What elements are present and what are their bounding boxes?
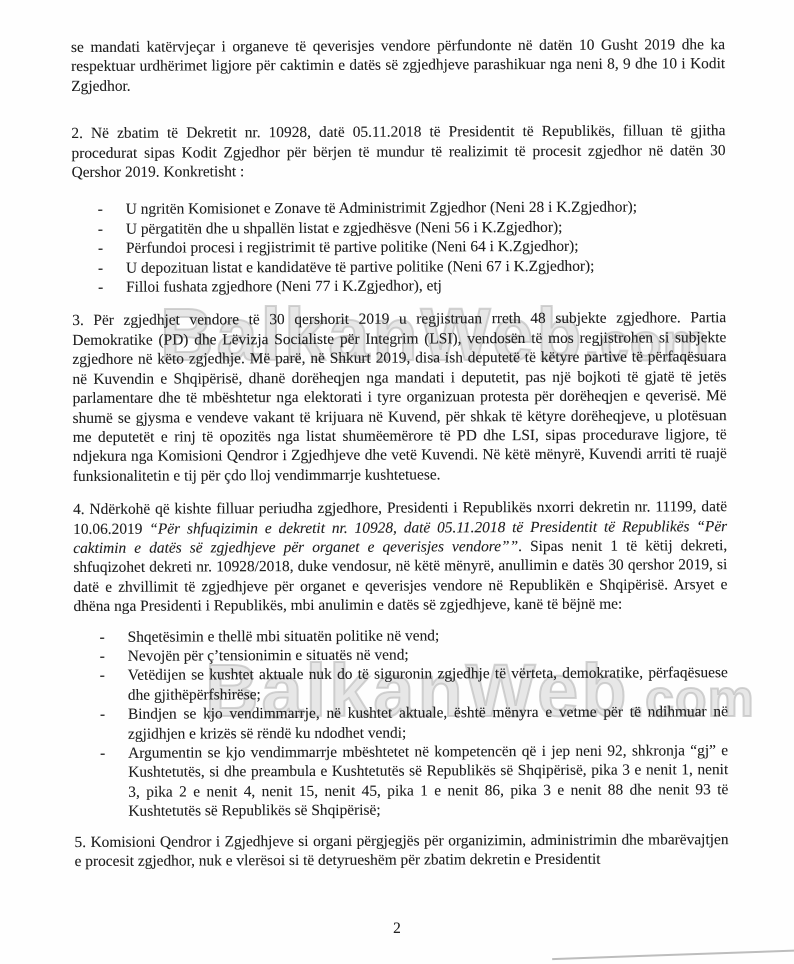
- document-content: se mandati katërvjeçar i organeve të qev…: [71, 35, 729, 871]
- list-item: - Argumentin se kjo vendimmarrje mbështe…: [100, 741, 728, 821]
- list-item: - Shqetësimin e thellë mbi situatën poli…: [100, 625, 728, 647]
- list-item: - U depozituan listat e kandidatëve të p…: [98, 256, 726, 278]
- paragraph-2: 2. Në zbatim të Dekretit nr. 10928, datë…: [71, 121, 725, 182]
- dash-marker: -: [100, 705, 128, 725]
- list-item-text: U përgatitën dhe u shpallën listat e zgj…: [126, 217, 726, 239]
- paragraph-3: 3. Për zgjedhjet vendore të 30 qershorit…: [72, 309, 727, 487]
- list-item-text: Nevojën për ç’tensionimin e situatës në …: [128, 644, 728, 666]
- list-item-text: Shqetësimin e thellë mbi situatën politi…: [128, 625, 728, 647]
- dash-marker: -: [98, 200, 126, 220]
- dash-marker: -: [100, 627, 128, 647]
- paragraph-intro: se mandati katërvjeçar i organeve të qev…: [71, 35, 725, 96]
- list-item: - Vetëdijen se kushtet aktuale nuk do të…: [100, 664, 728, 706]
- list-election-procedures: - U ngritën Komisionet e Zonave të Admin…: [98, 198, 726, 298]
- list-item: - Filloi fushata zgjedhore (Neni 77 i K.…: [98, 275, 726, 297]
- list-item-text: Bindjen se kjo vendimmarrje, në kushtet …: [128, 702, 728, 743]
- dash-marker: -: [98, 278, 126, 298]
- dash-marker: -: [100, 647, 128, 667]
- list-item: - Nevojën për ç’tensionimin e situatës n…: [100, 644, 728, 666]
- document-page: BalkanWeb.com BalkanWeb.com se mandati k…: [0, 0, 794, 964]
- dash-marker: -: [98, 220, 126, 240]
- list-item-text: Filloi fushata zgjedhore (Neni 77 i K.Zg…: [126, 275, 726, 297]
- list-item-text: U depozituan listat e kandidatëve të par…: [126, 256, 726, 278]
- paragraph-5: 5. Komisioni Qendror i Zgjedhjeve si org…: [74, 830, 728, 872]
- dash-marker: -: [100, 744, 128, 764]
- list-item-text: U ngritën Komisionet e Zonave të Adminis…: [126, 198, 726, 220]
- list-decree-reasons: - Shqetësimin e thellë mbi situatën poli…: [100, 625, 729, 822]
- list-item-text: Vetëdijen se kushtet aktuale nuk do të s…: [128, 664, 728, 705]
- dash-marker: -: [100, 666, 128, 686]
- scan-edge-artifact: [552, 949, 794, 960]
- list-item: - Bindjen se kjo vendimmarrje, në kushte…: [100, 702, 728, 744]
- paragraph-4: 4. Ndërkohë që kishte filluar periudha z…: [73, 497, 728, 616]
- list-item-text: Argumentin se kjo vendimmarrje mbështete…: [128, 741, 728, 821]
- dash-marker: -: [98, 258, 126, 278]
- dash-marker: -: [98, 239, 126, 259]
- page-number: 2: [0, 920, 794, 938]
- list-item-text: Përfundoi procesi i regjistrimit të part…: [126, 236, 726, 258]
